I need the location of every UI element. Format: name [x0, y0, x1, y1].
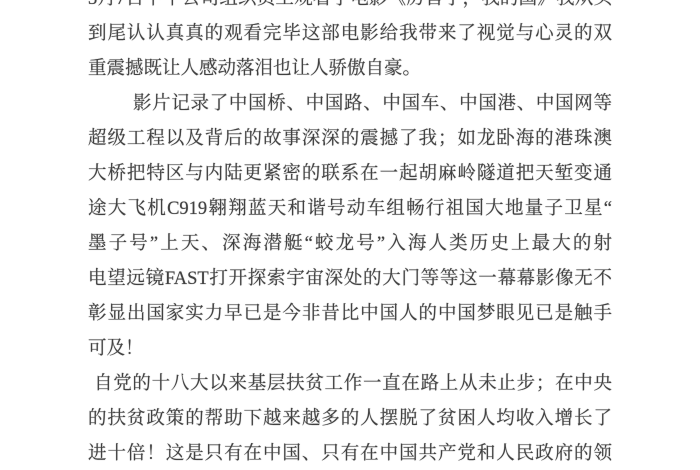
text-line-paragraph-start: 影片记录了中国桥、中国路、中国车、中国港、中国网等 [88, 87, 612, 122]
essay-text-block: 3月7日下午公司组织员工观看了电影《厉害了，我的国》我从头 到尾认认真真的观看完… [88, 0, 612, 470]
text-line: 重震撼既让人感动落泪也让人骄傲自豪。 [88, 52, 612, 87]
text-line-clipped: 3月7日下午公司组织员工观看了电影《厉害了，我的国》我从头 [88, 0, 612, 17]
text-line: 可及！ [88, 332, 612, 367]
text-line: 大桥把特区与内陆更紧密的联系在一起胡麻岭隧道把天堑变通 [88, 157, 612, 192]
text-line: 的扶贫政策的帮助下越来越多的人摆脱了贫困人均收入增长了 [88, 402, 612, 437]
text-line: 墨子号”上天、深海潜艇“蛟龙号”入海人类历史上最大的射 [88, 227, 612, 262]
text-line: 到尾认认真真的观看完毕这部电影给我带来了视觉与心灵的双 [88, 17, 612, 52]
text-line: 电望远镜FAST打开探索宇宙深处的大门等等这一幕幕影像无不 [88, 262, 612, 297]
document-page: 3月7日下午公司组织员工观看了电影《厉害了，我的国》我从头 到尾认认真真的观看完… [0, 0, 700, 470]
text-line: 进十倍！这是只有在中国、只有在中国共产党和人民政府的领 [88, 437, 612, 470]
text-line: 超级工程以及背后的故事深深的震撼了我；如龙卧海的港珠澳 [88, 122, 612, 157]
text-line: 彰显出国家实力早已是今非昔比中国人的中国梦眼见已是触手 [88, 297, 612, 332]
text-line: 途大飞机C919翱翔蓝天和谐号动车组畅行祖国大地量子卫星“ [88, 192, 612, 227]
text-line-paragraph-start: 自党的十八大以来基层扶贫工作一直在路上从未止步；在中央 [88, 367, 612, 402]
